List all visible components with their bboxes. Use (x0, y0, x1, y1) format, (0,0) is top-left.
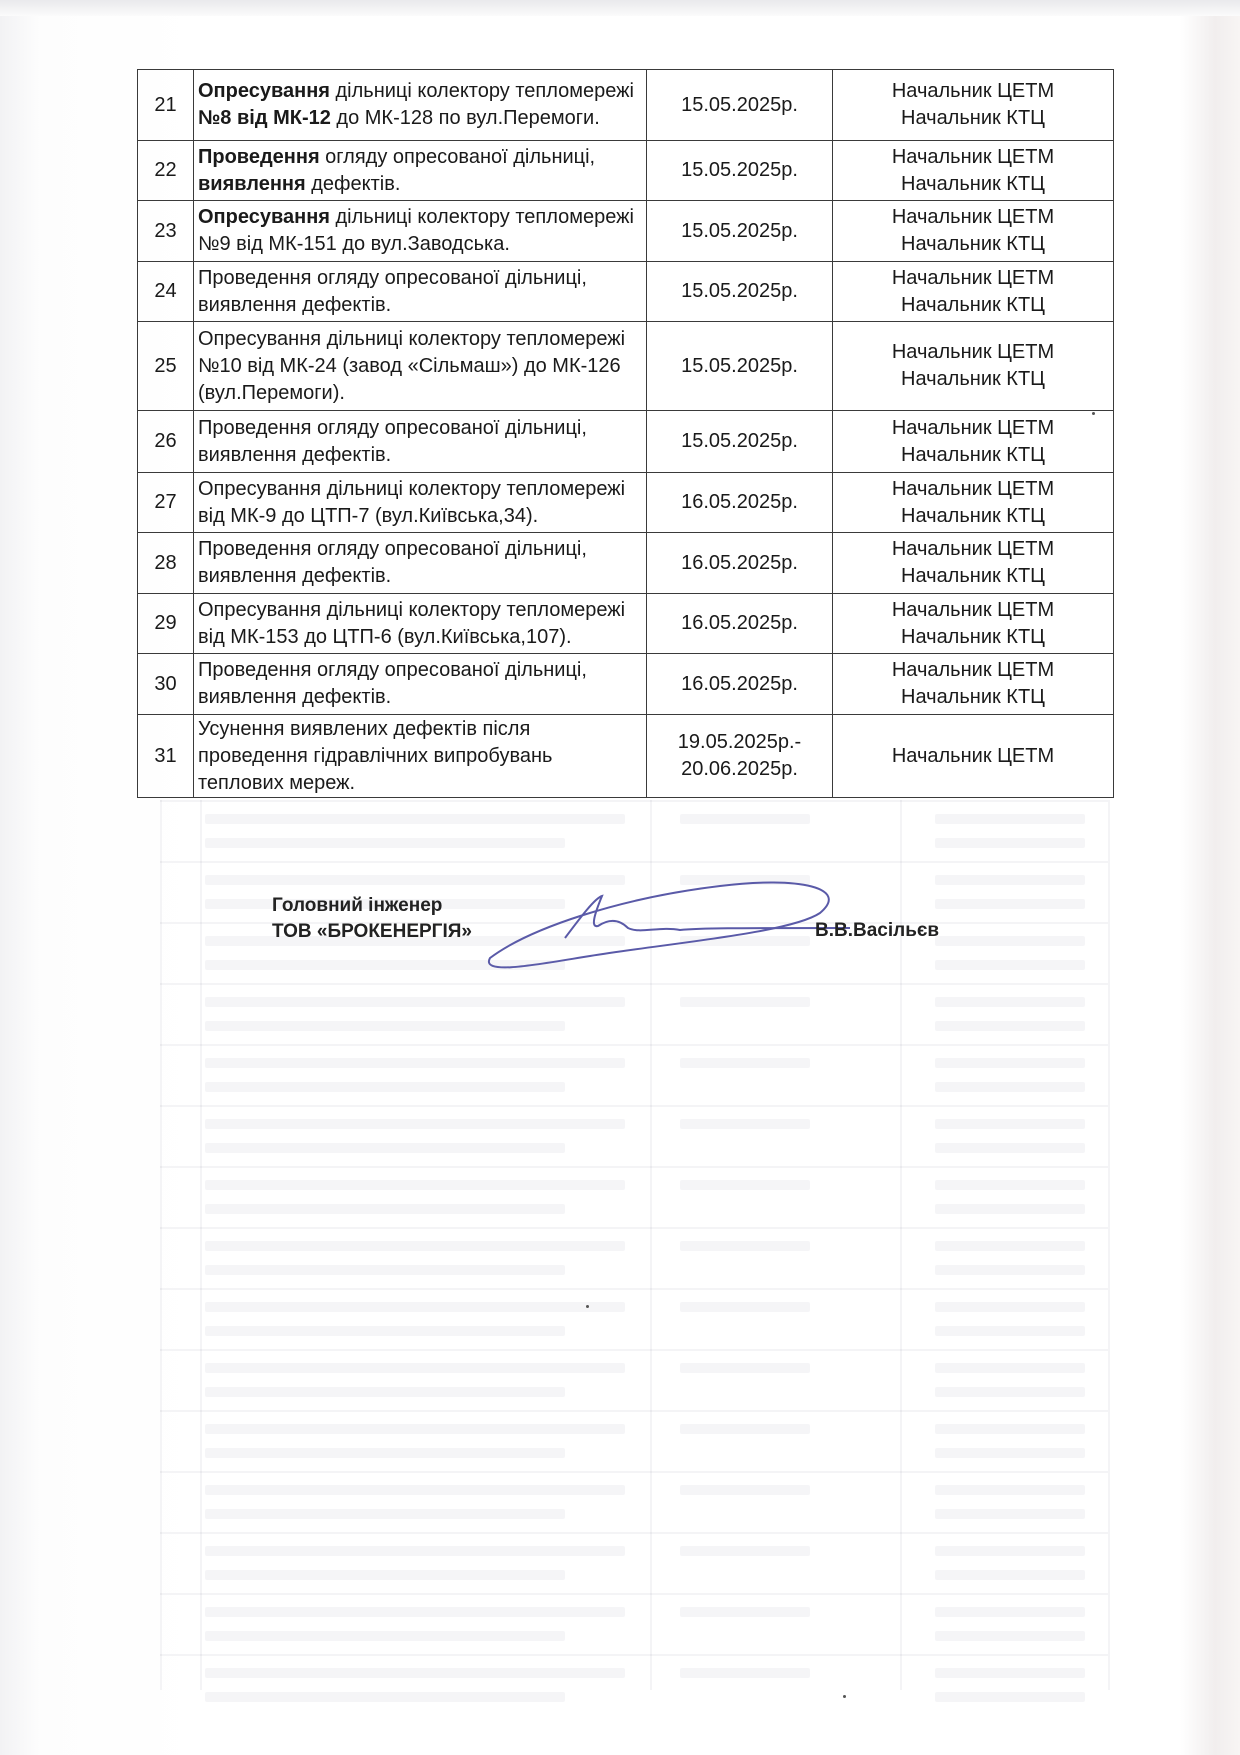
task-description: Проведення огляду опресованої дільниці, … (194, 262, 647, 322)
table-row: 30Проведення огляду опресованої дільниці… (138, 654, 1114, 715)
responsible-person: Начальник КТЦ (837, 563, 1109, 590)
responsible-persons: Начальник ЦЕТМНачальник КТЦ (833, 70, 1114, 141)
table-row: 29Опресування дільниці колектору тепломе… (138, 594, 1114, 654)
responsible-persons: Начальник ЦЕТМНачальник КТЦ (833, 262, 1114, 322)
task-description: Опресування дільниці колектору тепломере… (194, 70, 647, 141)
task-date: 15.05.2025р. (647, 201, 833, 262)
responsible-person: Начальник КТЦ (837, 624, 1109, 651)
description-fragment: Опресування дільниці колектору тепломере… (198, 328, 625, 404)
task-description: Опресування дільниці колектору тепломере… (194, 322, 647, 411)
responsible-persons: Начальник ЦЕТМНачальник КТЦ (833, 473, 1114, 533)
responsible-person: Начальник ЦЕТМ (837, 476, 1109, 503)
task-date: 16.05.2025р. (647, 594, 833, 654)
task-description: Проведення огляду опресованої дільниці, … (194, 141, 647, 201)
description-fragment: виявлення (198, 173, 306, 195)
responsible-person: Начальник КТЦ (837, 171, 1109, 198)
responsible-person: Начальник КТЦ (837, 231, 1109, 258)
task-description: Проведення огляду опресованої дільниці, … (194, 654, 647, 715)
task-description: Опресування дільниці колектору тепломере… (194, 473, 647, 533)
scan-shadow (0, 0, 1240, 16)
task-date: 15.05.2025р. (647, 141, 833, 201)
task-date: 16.05.2025р. (647, 533, 833, 594)
row-number: 25 (138, 322, 194, 411)
description-fragment: Проведення огляду опресованої дільниці, … (198, 267, 587, 316)
responsible-person: Начальник ЦЕТМ (837, 339, 1109, 366)
responsible-persons: Начальник ЦЕТМНачальник КТЦ (833, 654, 1114, 715)
table-row: 21Опресування дільниці колектору тепломе… (138, 70, 1114, 141)
signatory-block: Головний інженер ТОВ «БРОКЕНЕРГІЯ» (272, 893, 472, 945)
responsible-person: Начальник КТЦ (837, 105, 1109, 132)
schedule-table: 21Опресування дільниці колектору тепломе… (137, 69, 1114, 798)
row-number: 30 (138, 654, 194, 715)
responsible-persons: Начальник ЦЕТМНачальник КТЦ (833, 411, 1114, 473)
scanned-page: 21Опресування дільниці колектору тепломе… (0, 0, 1240, 1755)
description-fragment: Проведення (198, 146, 320, 168)
responsible-person: Начальник КТЦ (837, 684, 1109, 711)
scan-speck (843, 1695, 846, 1698)
table-row: 27Опресування дільниці колектору тепломе… (138, 473, 1114, 533)
responsible-persons: Начальник ЦЕТМНачальник КТЦ (833, 533, 1114, 594)
row-number: 28 (138, 533, 194, 594)
signatory-name: В.В.Васільєв (815, 918, 939, 944)
responsible-person: Начальник КТЦ (837, 292, 1109, 319)
task-date: 19.05.2025р.- 20.06.2025р. (647, 715, 833, 798)
signatory-position: Головний інженер (272, 893, 472, 919)
task-description: Проведення огляду опресованої дільниці, … (194, 533, 647, 594)
description-fragment: Проведення огляду опресованої дільниці, … (198, 417, 587, 466)
description-fragment: дефектів. (306, 173, 401, 195)
responsible-persons: Начальник ЦЕТМНачальник КТЦ (833, 201, 1114, 262)
description-fragment: дільниці колектору тепломережі (330, 80, 634, 102)
scan-speck (1092, 412, 1095, 415)
row-number: 29 (138, 594, 194, 654)
description-fragment: Проведення огляду опресованої дільниці, … (198, 659, 587, 708)
task-date: 15.05.2025р. (647, 262, 833, 322)
table-row: 31Усунення виявлених дефектів після пров… (138, 715, 1114, 798)
responsible-person: Начальник ЦЕТМ (837, 657, 1109, 684)
signatory-company: ТОВ «БРОКЕНЕРГІЯ» (272, 919, 472, 945)
description-fragment: Проведення огляду опресованої дільниці, … (198, 538, 587, 587)
table-row: 25Опресування дільниці колектору тепломе… (138, 322, 1114, 411)
task-date: 16.05.2025р. (647, 654, 833, 715)
description-fragment: Опресування дільниці колектору тепломере… (198, 478, 625, 527)
responsible-person: Начальник КТЦ (837, 366, 1109, 393)
row-number: 31 (138, 715, 194, 798)
responsible-person: Начальник ЦЕТМ (837, 204, 1109, 231)
task-date: 16.05.2025р. (647, 473, 833, 533)
responsible-persons: Начальник ЦЕТМНачальник КТЦ (833, 141, 1114, 201)
task-description: Усунення виявлених дефектів після провед… (194, 715, 647, 798)
responsible-persons: Начальник ЦЕТМНачальник КТЦ (833, 322, 1114, 411)
table-row: 26Проведення огляду опресованої дільниці… (138, 411, 1114, 473)
table-row: 28Проведення огляду опресованої дільниці… (138, 533, 1114, 594)
row-number: 27 (138, 473, 194, 533)
task-date: 15.05.2025р. (647, 411, 833, 473)
table-row: 24Проведення огляду опресованої дільниці… (138, 262, 1114, 322)
row-number: 26 (138, 411, 194, 473)
task-date: 15.05.2025р. (647, 70, 833, 141)
description-fragment: Опресування дільниці колектору тепломере… (198, 599, 625, 648)
task-description: Проведення огляду опресованої дільниці, … (194, 411, 647, 473)
handwritten-signature (470, 868, 850, 978)
description-fragment: Усунення виявлених дефектів після провед… (198, 718, 552, 794)
description-fragment: до МК-128 по вул.Перемоги. (331, 107, 600, 129)
responsible-person: Начальник ЦЕТМ (837, 536, 1109, 563)
scan-speck (586, 1305, 589, 1308)
responsible-person: Начальник ЦЕТМ (837, 415, 1109, 442)
task-description: Опресування дільниці колектору тепломере… (194, 594, 647, 654)
task-description: Опресування дільниці колектору тепломере… (194, 201, 647, 262)
row-number: 21 (138, 70, 194, 141)
responsible-person: Начальник ЦЕТМ (837, 597, 1109, 624)
description-fragment: огляду опресованої дільниці, (320, 146, 596, 168)
responsible-persons: Начальник ЦЕТМНачальник КТЦ (833, 594, 1114, 654)
table-row: 22Проведення огляду опресованої дільниці… (138, 141, 1114, 201)
row-number: 23 (138, 201, 194, 262)
responsible-persons: Начальник ЦЕТМ (833, 715, 1114, 798)
row-number: 24 (138, 262, 194, 322)
responsible-person: Начальник КТЦ (837, 503, 1109, 530)
responsible-person: Начальник ЦЕТМ (837, 78, 1109, 105)
description-fragment: Опресування (198, 206, 330, 228)
description-fragment: Опресування (198, 80, 330, 102)
responsible-person: Начальник ЦЕТМ (837, 265, 1109, 292)
responsible-person: Начальник КТЦ (837, 442, 1109, 469)
description-fragment: №8 від МК-12 (198, 107, 331, 129)
row-number: 22 (138, 141, 194, 201)
responsible-person: Начальник ЦЕТМ (837, 144, 1109, 171)
task-date: 15.05.2025р. (647, 322, 833, 411)
table-row: 23Опресування дільниці колектору тепломе… (138, 201, 1114, 262)
responsible-person: Начальник ЦЕТМ (837, 743, 1109, 770)
